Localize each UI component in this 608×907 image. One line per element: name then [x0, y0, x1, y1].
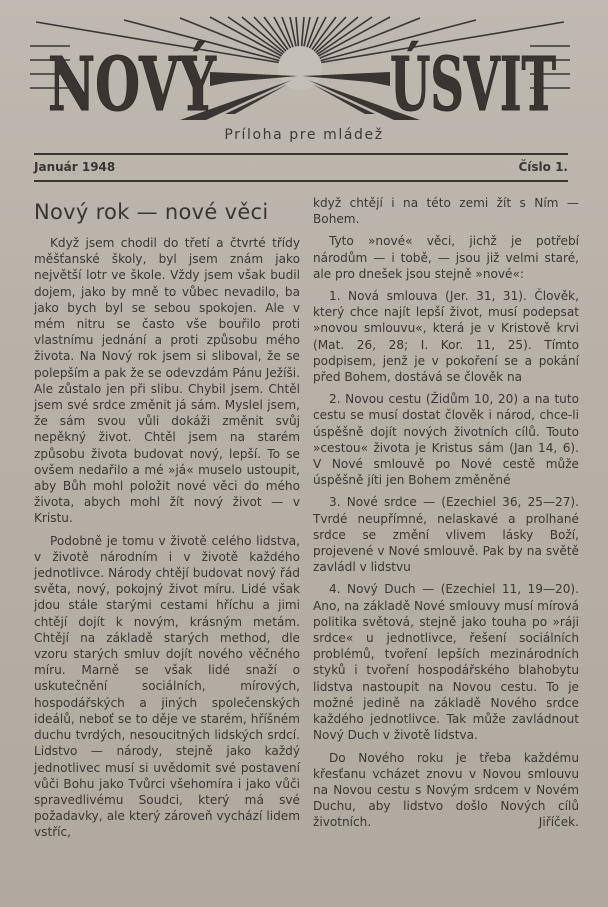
issue-date: Január 1948	[34, 160, 115, 174]
svg-text:NOVÝ: NOVÝ	[48, 40, 217, 124]
article-title: Nový rok — nové věci	[34, 199, 300, 225]
article-column-right: když chtějí i na této zemi žít s Ním — B…	[313, 195, 579, 837]
newspaper-page: NOVÝ ÚSVIT Príloha pre mládež Január 194…	[0, 0, 608, 907]
article-paragraph: 1. Nová smlouva (Jer. 31, 31). Člověk, k…	[313, 288, 579, 385]
article-paragraph-final: Do Nového roku je třeba každému křesťanu…	[313, 750, 579, 831]
author-signature: Jiříček.	[523, 814, 579, 830]
issue-number: Číslo 1.	[518, 160, 568, 174]
article-paragraph: Tyto »nové« věci, jichž je potřebí národ…	[313, 233, 579, 282]
article-paragraph: 4. Nový Duch — (Ezechiel 11, 19—20). Ano…	[313, 581, 579, 743]
article-paragraph: 3. Nové srdce — (Ezechiel 36, 25—27). Tv…	[313, 494, 579, 575]
article-paragraph: Když jsem chodil do třetí a čtvrté třídy…	[34, 235, 300, 527]
article-column-left: Nový rok — nové věci Když jsem chodil do…	[34, 195, 300, 847]
header-rule-bottom	[34, 180, 568, 182]
masthead-logo: NOVÝ ÚSVIT	[30, 14, 570, 124]
dateline: Január 1948 Číslo 1.	[34, 160, 568, 174]
supplement-subtitle: Príloha pre mládež	[0, 127, 608, 143]
article-paragraph: Podobně je tomu v životě celého lidstva,…	[34, 533, 300, 841]
svg-text:ÚSVIT: ÚSVIT	[390, 40, 556, 124]
article-paragraph: 2. Novou cestu (Židům 10, 20) a na tuto …	[313, 391, 579, 488]
header-rule-top	[34, 153, 568, 155]
article-paragraph-continuation: když chtějí i na této zemi žít s Ním — B…	[313, 195, 579, 227]
